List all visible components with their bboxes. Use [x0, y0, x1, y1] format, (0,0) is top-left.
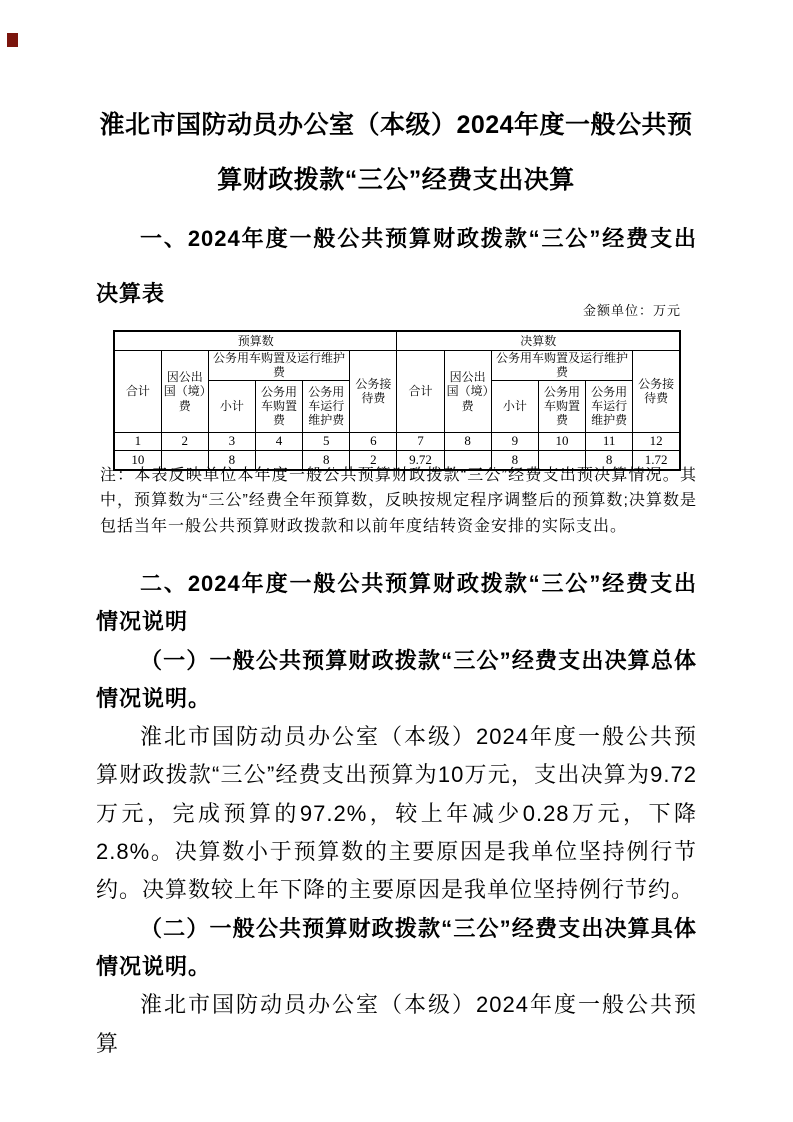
- subsection1-heading: （一）一般公共预算财政拨款“三公”经费支出决算总体情况说明。: [96, 642, 697, 719]
- three-public-expense-table: 预算数 决算数 合计 因公出国（境）费 公务用车购置及运行维护费 公务接待费 合…: [113, 330, 681, 471]
- header-final-abroad: 因公出国（境）费: [444, 351, 491, 433]
- document-title: 淮北市国防动员办公室（本级）2024年度一般公共预算财政拨款“三公”经费支出决算: [98, 98, 694, 208]
- col-index: 11: [586, 432, 633, 450]
- section2-heading: 二、2024年度一般公共预算财政拨款“三公”经费支出情况说明: [96, 565, 697, 642]
- header-final-vehicle-purchase: 公务用车购置费: [538, 380, 585, 432]
- header-final-vehicle-group: 公务用车购置及运行维护费: [491, 351, 632, 381]
- col-index: 8: [444, 432, 491, 450]
- col-index: 10: [538, 432, 585, 450]
- col-index: 12: [633, 432, 680, 450]
- header-budget-vehicle-subtotal: 小计: [208, 380, 255, 432]
- amount-unit-note: 金额单位：万元: [113, 302, 681, 320]
- document-page: 淮北市国防动员办公室（本级）2024年度一般公共预算财政拨款“三公”经费支出决算…: [0, 0, 793, 1122]
- header-final-total: 合计: [397, 351, 444, 433]
- table-footnote: 注：本表反映单位本年度一般公共预算财政拨款“三公”经费支出预决算情况。其中，预算…: [100, 463, 697, 539]
- detail-situation-paragraph: 淮北市国防动员办公室（本级）2024年度一般公共预算: [96, 986, 697, 1063]
- table-header-row-1: 合计 因公出国（境）费 公务用车购置及运行维护费 公务接待费 合计 因公出国（境…: [114, 351, 680, 381]
- header-final-vehicle-subtotal: 小计: [491, 380, 538, 432]
- col-index: 2: [161, 432, 208, 450]
- header-final-vehicle-maintenance: 公务用车运行维护费: [586, 380, 633, 432]
- subsection2-heading: （二）一般公共预算财政拨款“三公”经费支出决算具体情况说明。: [96, 910, 697, 987]
- col-index: 1: [114, 432, 161, 450]
- col-index: 9: [491, 432, 538, 450]
- header-budget-total: 合计: [114, 351, 161, 433]
- col-index: 6: [350, 432, 397, 450]
- header-final-reception: 公务接待费: [633, 351, 680, 433]
- group-header-final-accounts: 决算数: [397, 331, 680, 351]
- table-group-header-row: 预算数 决算数: [114, 331, 680, 351]
- header-budget-reception: 公务接待费: [350, 351, 397, 433]
- header-budget-abroad: 因公出国（境）费: [161, 351, 208, 433]
- red-annotation-mark: [7, 33, 18, 47]
- table-column-index-row: 1 2 3 4 5 6 7 8 9 10 11 12: [114, 432, 680, 450]
- col-index: 5: [303, 432, 350, 450]
- overall-situation-paragraph: 淮北市国防动员办公室（本级）2024年度一般公共预算财政拨款“三公”经费支出预算…: [96, 718, 697, 909]
- group-header-budget: 预算数: [114, 331, 397, 351]
- col-index: 4: [255, 432, 302, 450]
- header-budget-vehicle-purchase: 公务用车购置费: [255, 380, 302, 432]
- section2-body: 二、2024年度一般公共预算财政拨款“三公”经费支出情况说明 （一）一般公共预算…: [96, 565, 697, 1063]
- col-index: 7: [397, 432, 444, 450]
- col-index: 3: [208, 432, 255, 450]
- header-budget-vehicle-group: 公务用车购置及运行维护费: [208, 351, 349, 381]
- header-budget-vehicle-maintenance: 公务用车运行维护费: [303, 380, 350, 432]
